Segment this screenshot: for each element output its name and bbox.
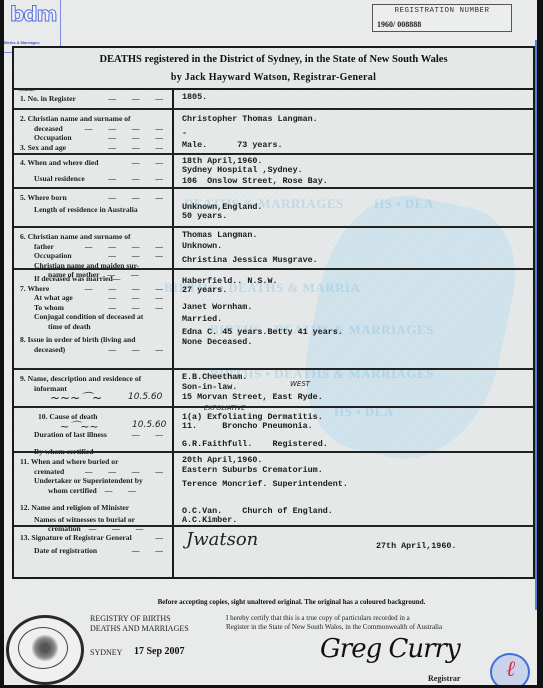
field-value: Christopher Thomas Langman.	[182, 114, 522, 124]
column-label: Column.	[18, 87, 35, 92]
registration-number-value: 1960/ 008888	[377, 20, 421, 29]
field-value: Male. 73 years.	[182, 140, 522, 150]
registration-number-box: REGISTRATION NUMBER 1960/ 008888	[372, 4, 512, 32]
coat-of-arms-icon	[31, 634, 59, 662]
field-label: 11. When and where buried or	[20, 457, 118, 467]
field-value: Edna C. 45 years.Betty 41 years.	[182, 327, 522, 337]
scan-edge-right	[537, 0, 543, 688]
authenticity-notice: Before accepting copies, sight unaltered…	[0, 598, 543, 606]
field-value: Janet Wornham.	[182, 302, 522, 312]
certificate-subtitle: by Jack Hayward Watson, Registrar-Genera…	[14, 72, 533, 83]
field-label: If deceased was married—	[34, 274, 120, 284]
registration-date: 27th April,1960.	[376, 541, 535, 551]
death-certificate-form: DEATHS & MARRIAGES HS • DEA BIRTHS • DEA…	[12, 46, 535, 579]
field-label: Date of registration	[34, 546, 97, 556]
field-value: Eastern Suburbs Crematorium.	[182, 465, 522, 475]
certifier-signature: ~⌒~~	[60, 418, 99, 434]
registry-seal-icon	[6, 615, 84, 685]
row-divider	[14, 187, 533, 189]
field-label: Undertaker or Superintendent by	[34, 476, 143, 486]
scan-edge-left	[0, 0, 4, 688]
field-value: None Deceased.	[182, 337, 522, 347]
scan-edge-line	[535, 40, 537, 610]
field-label: Usual residence	[34, 174, 85, 184]
issue-date: 17 Sep 2007	[134, 646, 185, 657]
informant-signature-date: 10.5.60	[128, 392, 162, 402]
row-divider	[14, 406, 533, 408]
field-label: Names of witnesses to burial or	[34, 515, 135, 525]
handwritten-correction: WEST	[290, 380, 310, 388]
registration-number-label: REGISTRATION NUMBER	[373, 7, 511, 15]
certificate-title: DEATHS registered in the District of Syd…	[14, 54, 533, 65]
field-value: Married.	[182, 314, 522, 324]
field-value: Son-in-law.	[182, 382, 522, 392]
field-value: A.C.Kimber.	[182, 515, 522, 525]
field-label: time of death	[48, 322, 91, 332]
registrar-general-signature: Jwatson	[186, 529, 258, 550]
field-value: 15 Morvan Street, East Ryde.	[182, 392, 522, 402]
bdm-logo-mark: bdm	[10, 2, 56, 26]
field-value: Thomas Langman.	[182, 230, 522, 240]
field-label: Christian name and maiden sur-	[34, 261, 139, 271]
field-label: whom certified	[48, 486, 97, 496]
field-label: Conjugal condition of deceased at	[34, 312, 143, 322]
handwritten-correction: EXFOLIATIVE	[204, 404, 245, 412]
bdm-logo-subtext: Births & Marriages	[4, 40, 40, 45]
field-value: 106 Onslow Street, Rose Bay.	[182, 176, 522, 186]
row-divider	[14, 153, 533, 155]
certifier-signature-date: 10.5.60	[132, 420, 166, 430]
initial-mark: ℓ	[506, 656, 515, 682]
field-value: Unknown.	[182, 241, 522, 251]
field-value: E.B.Cheetham.	[182, 372, 522, 382]
field-label: Length of residence in Australia	[34, 205, 138, 215]
row-divider	[14, 108, 533, 110]
registry-name: REGISTRY OF BIRTHS DEATHS AND MARRIAGES	[90, 614, 189, 633]
field-label: 12. Name and religion of Minister	[20, 503, 129, 513]
registrar-label: Registrar	[428, 674, 460, 683]
field-value: 20th April,1960.	[182, 455, 522, 465]
field-label: cremated	[34, 467, 64, 477]
row-divider	[14, 368, 533, 370]
certificate-header: DEATHS registered in the District of Syd…	[14, 48, 533, 90]
field-label: At what age	[34, 293, 73, 303]
issue-city: SYDNEY	[90, 648, 122, 657]
field-label: 3. Sex and age	[20, 143, 66, 153]
field-value: Sydney Hospital ,Sydney.	[182, 165, 522, 175]
field-label: To whom	[34, 303, 64, 313]
field-label: deceased)	[34, 345, 65, 355]
field-value: -	[182, 128, 522, 138]
field-label: 8. Issue in order of birth (living and	[20, 335, 135, 345]
field-value: 1805.	[182, 92, 522, 102]
field-label: 9. Name, description and residence of	[20, 374, 141, 384]
informant-signature: ~~~⌒~	[50, 389, 102, 406]
field-value: G.R.Faithfull. Registered.	[182, 439, 522, 449]
field-value: 27 years.	[182, 285, 522, 295]
registrar-signature: Greg Curry	[320, 634, 460, 664]
field-label: 6. Christian name and surname of	[20, 232, 131, 242]
field-label: deceased	[34, 124, 63, 134]
field-label: 7. Where	[20, 284, 49, 294]
field-label: By whom certified	[34, 447, 93, 457]
field-label: father	[34, 242, 54, 252]
field-label: 1. No. in Register	[20, 94, 76, 104]
field-value: 11. Broncho Pneumonia.	[182, 421, 522, 431]
field-label: 2. Christian name and surname of	[20, 114, 131, 124]
field-value: 50 years.	[182, 211, 522, 221]
field-label: Occupation	[34, 133, 72, 143]
field-label: 13. Signature of Registrar General	[20, 533, 132, 543]
field-label: 5. Where born	[20, 193, 67, 203]
certification-statement: I hereby certify that this is a true cop…	[226, 614, 442, 632]
field-value: Terence Moncrief. Superintendent.	[182, 479, 522, 489]
column-divider	[172, 88, 174, 577]
row-divider	[14, 226, 533, 228]
field-label: Occupation	[34, 251, 72, 261]
field-value: Christina Jessica Musgrave.	[182, 255, 522, 265]
field-label: 4. When and where died	[20, 158, 98, 168]
